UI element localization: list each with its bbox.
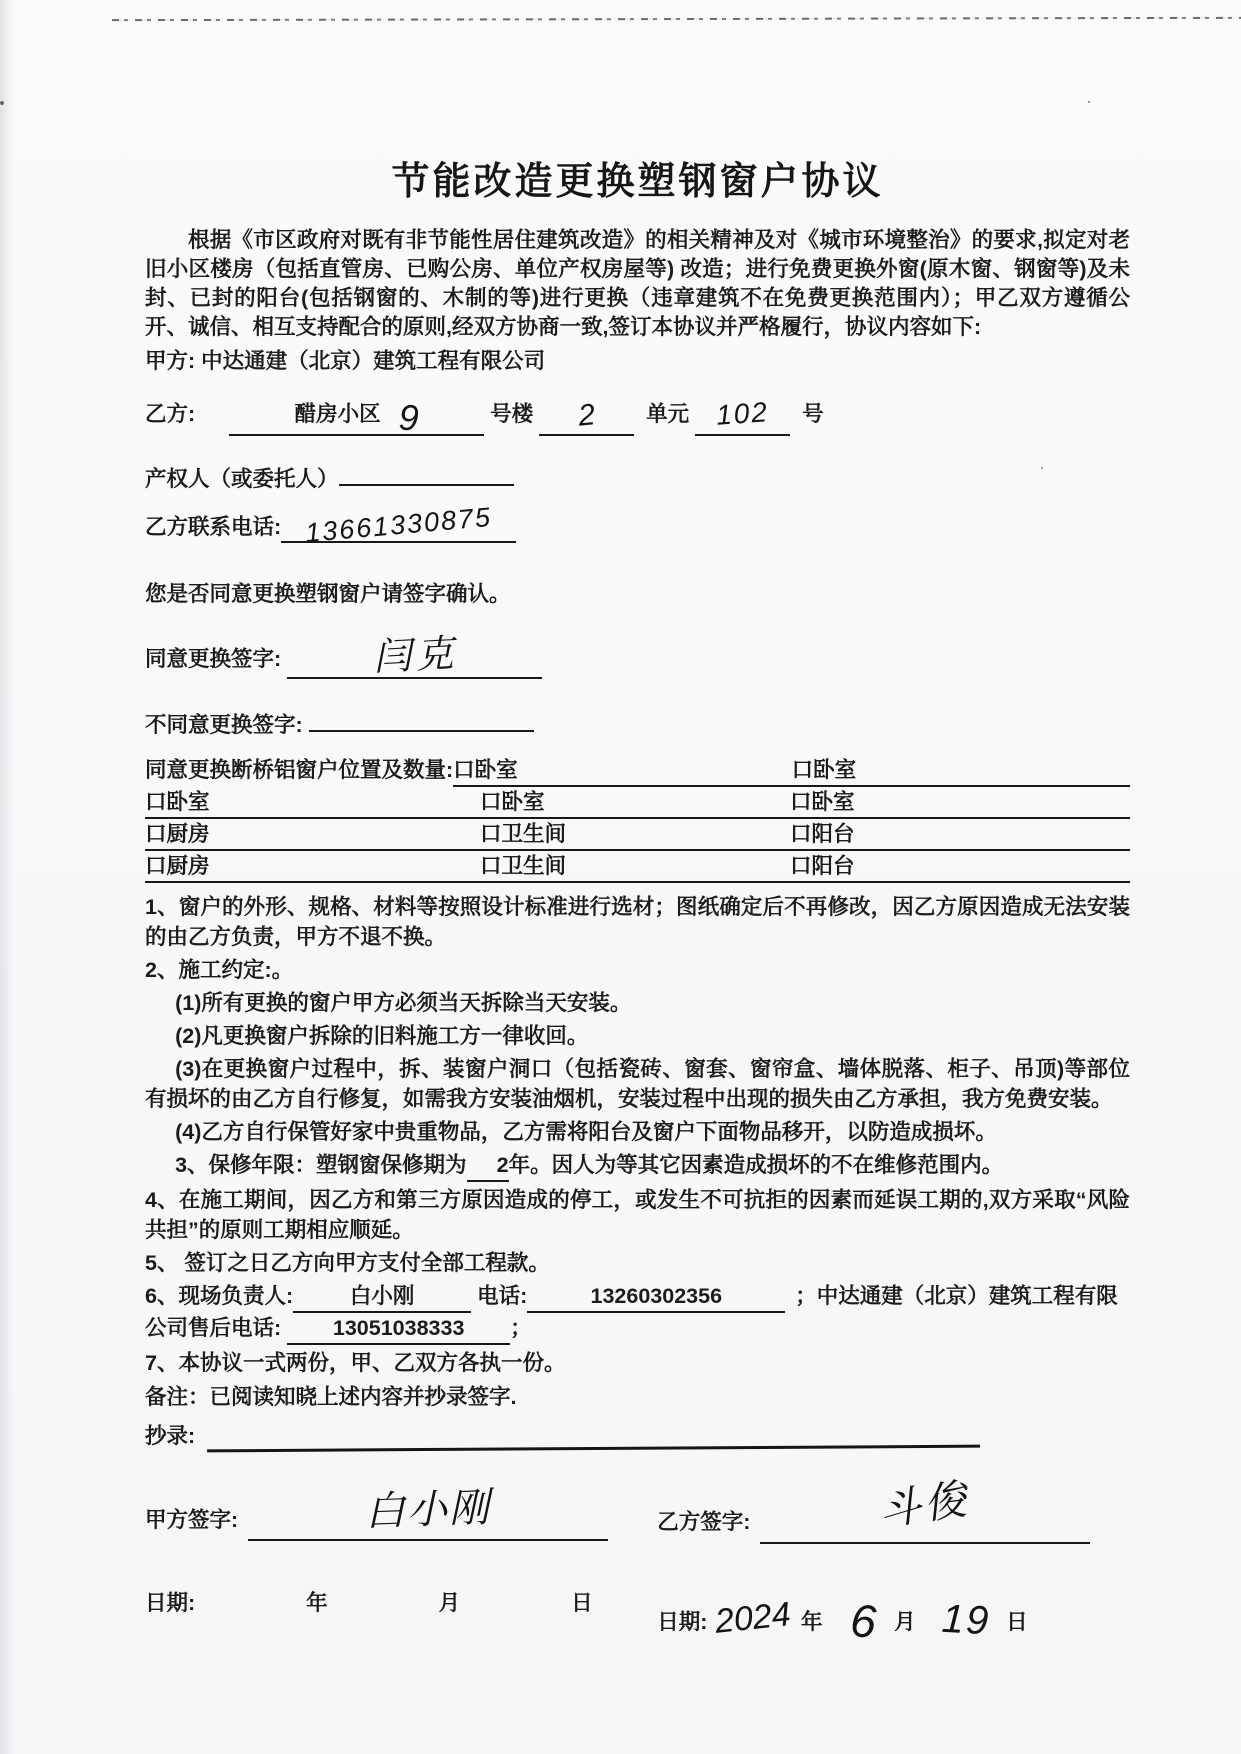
clause-6-phone-label: 电话: [477,1284,527,1308]
unit-label: 单元 [646,402,689,426]
community-label: 醋房小区 [295,402,381,426]
date-year-handwriting: 2024 [714,1595,793,1642]
phone-field: 13661330875 [281,510,516,543]
day-label: 日 [1006,1610,1028,1634]
month-label: 月 [894,1610,916,1634]
clause-2-4: (4)乙方自行保管好家中贵重物品，乙方需将阳台及窗户下面物品移开，以防造成损坏。 [145,1117,1130,1147]
location-checkbox-bedroom: 口卧室 [453,758,518,782]
phone-label: 乙方联系电话: [145,515,281,539]
site-manager-name: 白小刚 [293,1281,471,1313]
clause-2-2: (2)凡更换窗户拆除的旧料施工方一律收回。 [145,1021,1130,1051]
clause-3-suffix: 年。因人为等其它因素造成损坏的不在维修范围内。 [509,1153,1004,1177]
owner-line: 产权人（或委托人） [145,462,1130,493]
site-manager-phone: 13260302356 [527,1281,785,1313]
party-a-line: 甲方: 中达通建（北京）建筑工程有限公司 [145,346,1130,376]
clause-3-prefix: 3、保修年限：塑钢窗保修期为 [175,1153,466,1177]
clause-2-1: (1)所有更换的窗户甲方必须当天拆除当天安装。 [145,988,1130,1018]
clause-6: 6、现场负责人:白小刚 电话:13260302356；中达通建（北京）建筑工程有… [145,1281,1130,1345]
community-field: 醋房小区9 [229,389,484,436]
party-a-date-line: 日期: 年 月 日 [145,1586,657,1640]
clause-2: 2、施工约定:。 [145,955,1130,985]
room-no-handwriting: 102 [715,392,770,436]
remark-line: 备注：已阅读知晓上述内容并抄录签字. [145,1382,1130,1412]
clause-3: 3、保修年限：塑钢窗保修期为2年。因人为等其它因素造成损坏的不在维修范围内。 [145,1150,1130,1182]
clause-5: 5、 签订之日乙方向甲方支付全部工程款。 [145,1248,1130,1278]
date-month-handwriting: 6 [848,1593,877,1649]
confirm-note: 您是否同意更换塑钢窗户请签字确认。 [145,579,1130,609]
disagree-signature-field-blank [309,730,534,732]
party-b-signature-handwriting: 斗俊 [875,1466,972,1538]
building-label: 号楼 [490,402,533,426]
party-b-signature-line: 乙方签字:斗俊 [657,1482,1130,1540]
agree-signature-handwriting: 闫克 [371,622,458,681]
locations-row-2: 口厨房 口卫生间 口阳台 [145,820,1130,851]
location-checkbox-bathroom: 口卫生间 [480,852,790,881]
intro-paragraph: 根据《市区政府对既有非节能性居住建筑改造》的相关精神及对《城市环境整治》的要求,… [145,226,1130,342]
scan-dust-specks [0,101,4,105]
phone-handwriting: 13661330875 [304,502,493,549]
document-content: 节能改造更换塑钢窗户协议 根据《市区政府对既有非节能性居住建筑改造》的相关精神及… [145,0,1130,1640]
clause-6-prefix: 6、现场负责人: [145,1284,293,1308]
party-b-line: 乙方:醋房小区9 号楼2 单元102 号 [145,389,1130,437]
location-checkbox-bedroom: 口卧室 [480,788,790,817]
agree-signature-label: 同意更换签字: [145,647,281,671]
date-row: 日期: 年 月 日 日期:2024年6月19日 [145,1586,1130,1640]
locations-header-label: 同意更换断桥铝窗户位置及数量: [145,756,453,787]
clause-2-3: (3)在更换窗户过程中，拆、装窗户洞口（包括瓷砖、窗套、窗帘盒、墙体脱落、柜子、… [145,1054,1130,1114]
copy-line: 抄录: [145,1419,1130,1450]
locations-header-row: 同意更换断桥铝窗户位置及数量: 口卧室 口卧室 [145,756,1130,787]
locations-row-1: 口卧室 口卧室 口卧室 [145,788,1130,819]
locations-header-fields: 口卧室 口卧室 [453,756,1130,787]
location-checkbox-balcony: 口阳台 [790,852,1130,881]
owner-field-blank [339,484,514,486]
year-label: 年 [306,1591,328,1615]
unit-no-handwriting: 2 [577,395,598,437]
page-title: 节能改造更换塑钢窗户协议 [145,150,1130,205]
party-b-label: 乙方: [145,402,195,426]
day-label: 日 [571,1591,593,1615]
disagree-signature-label: 不同意更换签字: [145,713,303,737]
scan-edge-shadow [0,0,14,1754]
location-checkbox-bedroom: 口卧室 [790,788,1130,817]
owner-label: 产权人（或委托人） [145,467,339,491]
unit-field: 2 [539,392,634,436]
room-field: 102 [695,392,790,436]
party-b-date-line: 日期:2024年6月19日 [657,1586,1130,1640]
location-checkbox-bathroom: 口卫生间 [480,820,790,849]
clause-4: 4、在施工期间，因乙方和第三方原因造成的停工，或发生不可抗拒的因素而延误工期的,… [145,1185,1130,1245]
party-a-signature-label: 甲方签字: [145,1508,238,1532]
building-no-handwriting: 9 [398,398,419,439]
location-checkbox-bedroom: 口卧室 [792,756,857,785]
disagree-signature-line: 不同意更换签字: [145,708,1130,739]
copy-field-blank [207,1417,980,1453]
phone-line: 乙方联系电话:13661330875 [145,510,1130,550]
room-label: 号 [802,402,824,426]
clause-1: 1、窗户的外形、规格、材料等按照设计标准进行选材；图纸确定后不再修改，因乙方原因… [145,892,1130,952]
year-label: 年 [801,1610,823,1634]
party-b-date-label: 日期: [657,1610,707,1634]
location-checkbox-kitchen: 口厨房 [145,852,480,881]
clause-6-company: ；中达通建（北京）建筑工程有限 [795,1284,1118,1308]
date-day-handwriting: 19 [940,1597,991,1644]
party-b-signature-field: 斗俊 [760,1482,1090,1544]
location-checkbox-kitchen: 口厨房 [145,820,480,849]
scanned-agreement-page: 节能改造更换塑钢窗户协议 根据《市区政府对既有非节能性居住建筑改造》的相关精神及… [0,0,1241,1754]
after-sales-label: 公司售后电话: [145,1316,281,1340]
clause-6-end: ； [510,1316,532,1340]
agree-signature-line: 同意更换签字: 闫克 [145,622,1130,674]
party-a-signature-field: 白小刚 [248,1482,608,1541]
party-a-signature-line: 甲方签字:白小刚 [145,1482,657,1540]
locations-row-3: 口厨房 口卫生间 口阳台 [145,852,1130,883]
party-a-date-label: 日期: [145,1591,195,1615]
copy-label: 抄录: [145,1419,195,1450]
location-checkbox-bedroom: 口卧室 [145,788,480,817]
party-b-signature-label: 乙方签字: [657,1510,750,1534]
clause-7: 7、本协议一式两份，甲、乙双方各执一份。 [145,1348,1130,1378]
signature-row: 甲方签字:白小刚 乙方签字:斗俊 [145,1482,1130,1540]
after-sales-phone: 13051038333 [287,1313,510,1345]
agree-signature-field: 闫克 [287,622,542,679]
location-checkbox-balcony: 口阳台 [790,820,1130,849]
party-a-signature-handwriting: 白小刚 [364,1476,492,1537]
month-label: 月 [439,1591,461,1615]
warranty-years-value: 2 [467,1150,509,1182]
